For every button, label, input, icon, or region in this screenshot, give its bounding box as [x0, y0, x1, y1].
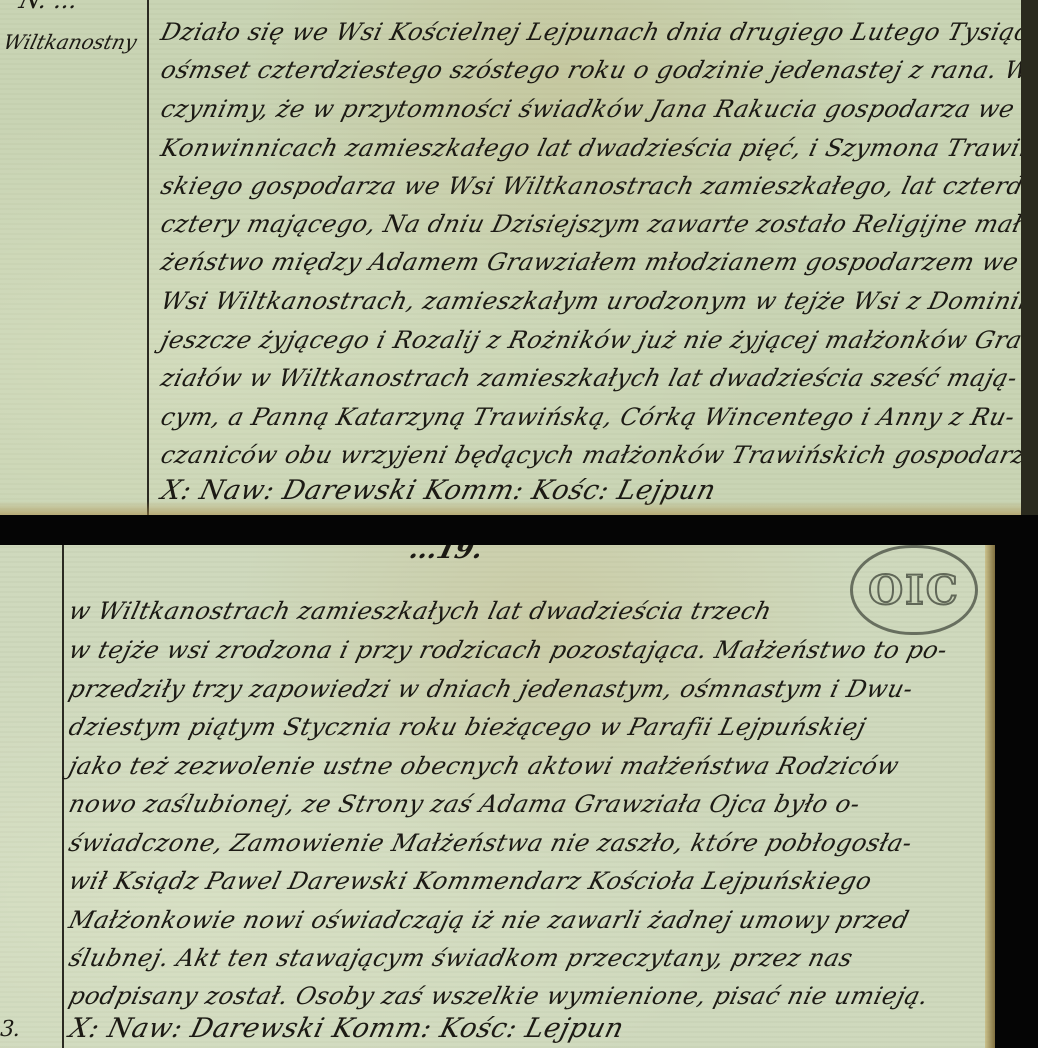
margin-rule	[147, 0, 149, 515]
text-line: Wsi Wiltkanostrach, zamieszkałym urodzon…	[158, 287, 1021, 315]
text-line: dziestym piątym Stycznia roku bieżącego …	[66, 713, 869, 741]
margin-village-label: Wiltkanostny	[1, 30, 139, 54]
text-line: Konwinnicach zamieszkałego lat dwadzieśc…	[158, 134, 1021, 162]
text-line: cztery mającego, Na dniu Dzisiejszym zaw…	[158, 210, 1021, 238]
text-line: przedziły trzy zapowiedzi w dniach jeden…	[66, 675, 916, 703]
record-text-bottom: w Wiltkanostrach zamieszkałych lat dwadz…	[66, 545, 986, 1048]
bottom-page-fragment: ...19. OIC 3. w Wiltkanostrach zamieszka…	[0, 545, 995, 1048]
text-line: ślubnej. Akt ten stawającym świadkom prz…	[66, 944, 856, 972]
text-line: czaniców obu wrzyjeni będących małżonków…	[158, 441, 1021, 469]
signature-line: X: Naw: Darewski Komm: Kośc: Lejpun	[66, 1013, 627, 1044]
margin-partial-label: N. ...	[17, 0, 82, 14]
text-line: w tejże wsi zrodzona i przy rodzicach po…	[66, 636, 950, 664]
text-line: wił Ksiądz Pawel Darewski Kommendarz Koś…	[66, 867, 875, 895]
text-line: jako też zezwolenie ustne obecnych aktow…	[66, 752, 902, 780]
text-line: żeństwo między Adamem Grawziałem młodzia…	[158, 248, 1021, 276]
top-page-fragment: N. ... Wiltkanostny Działo się we Wsi Ko…	[0, 0, 1021, 515]
page-edge-shadow	[1021, 0, 1038, 515]
text-line: nowo zaślubionej, ze Strony zaś Adama Gr…	[66, 790, 863, 818]
text-line: cym, a Panną Katarzyną Trawińską, Córką …	[158, 403, 1018, 431]
text-line: Działo się we Wsi Kościelnej Lejpunach d…	[158, 18, 1021, 46]
record-text-top: Działo się we Wsi Kościelnej Lejpunach d…	[158, 0, 1018, 515]
text-line: skiego gospodarza we Wsi Wiltkanostrach …	[158, 172, 1021, 200]
text-line: świadczone, Zamowienie Małżeństwa nie za…	[66, 829, 915, 857]
footer-margin-number: 3.	[0, 1017, 24, 1042]
text-line: ośmset czterdziestego szóstego roku o go…	[158, 56, 1021, 84]
text-line: w Wiltkanostrach zamieszkałych lat dwadz…	[66, 597, 775, 625]
text-line: czynimy, że w przytomności świadków Jana…	[158, 95, 1021, 123]
text-line: jeszcze żyjącego i Rozalij z Rożników ju…	[158, 326, 1021, 354]
text-line: ziałów w Wiltkanostrach zamieszkałych la…	[158, 364, 1020, 392]
text-line: Małżonkowie nowi oświadczają iż nie zawa…	[66, 906, 912, 934]
margin-rule	[62, 545, 64, 1048]
text-line: podpisany został. Osoby zaś wszelkie wym…	[66, 982, 932, 1010]
signature-line: X: Naw: Darewski Komm: Kośc: Lejpun	[158, 475, 719, 506]
